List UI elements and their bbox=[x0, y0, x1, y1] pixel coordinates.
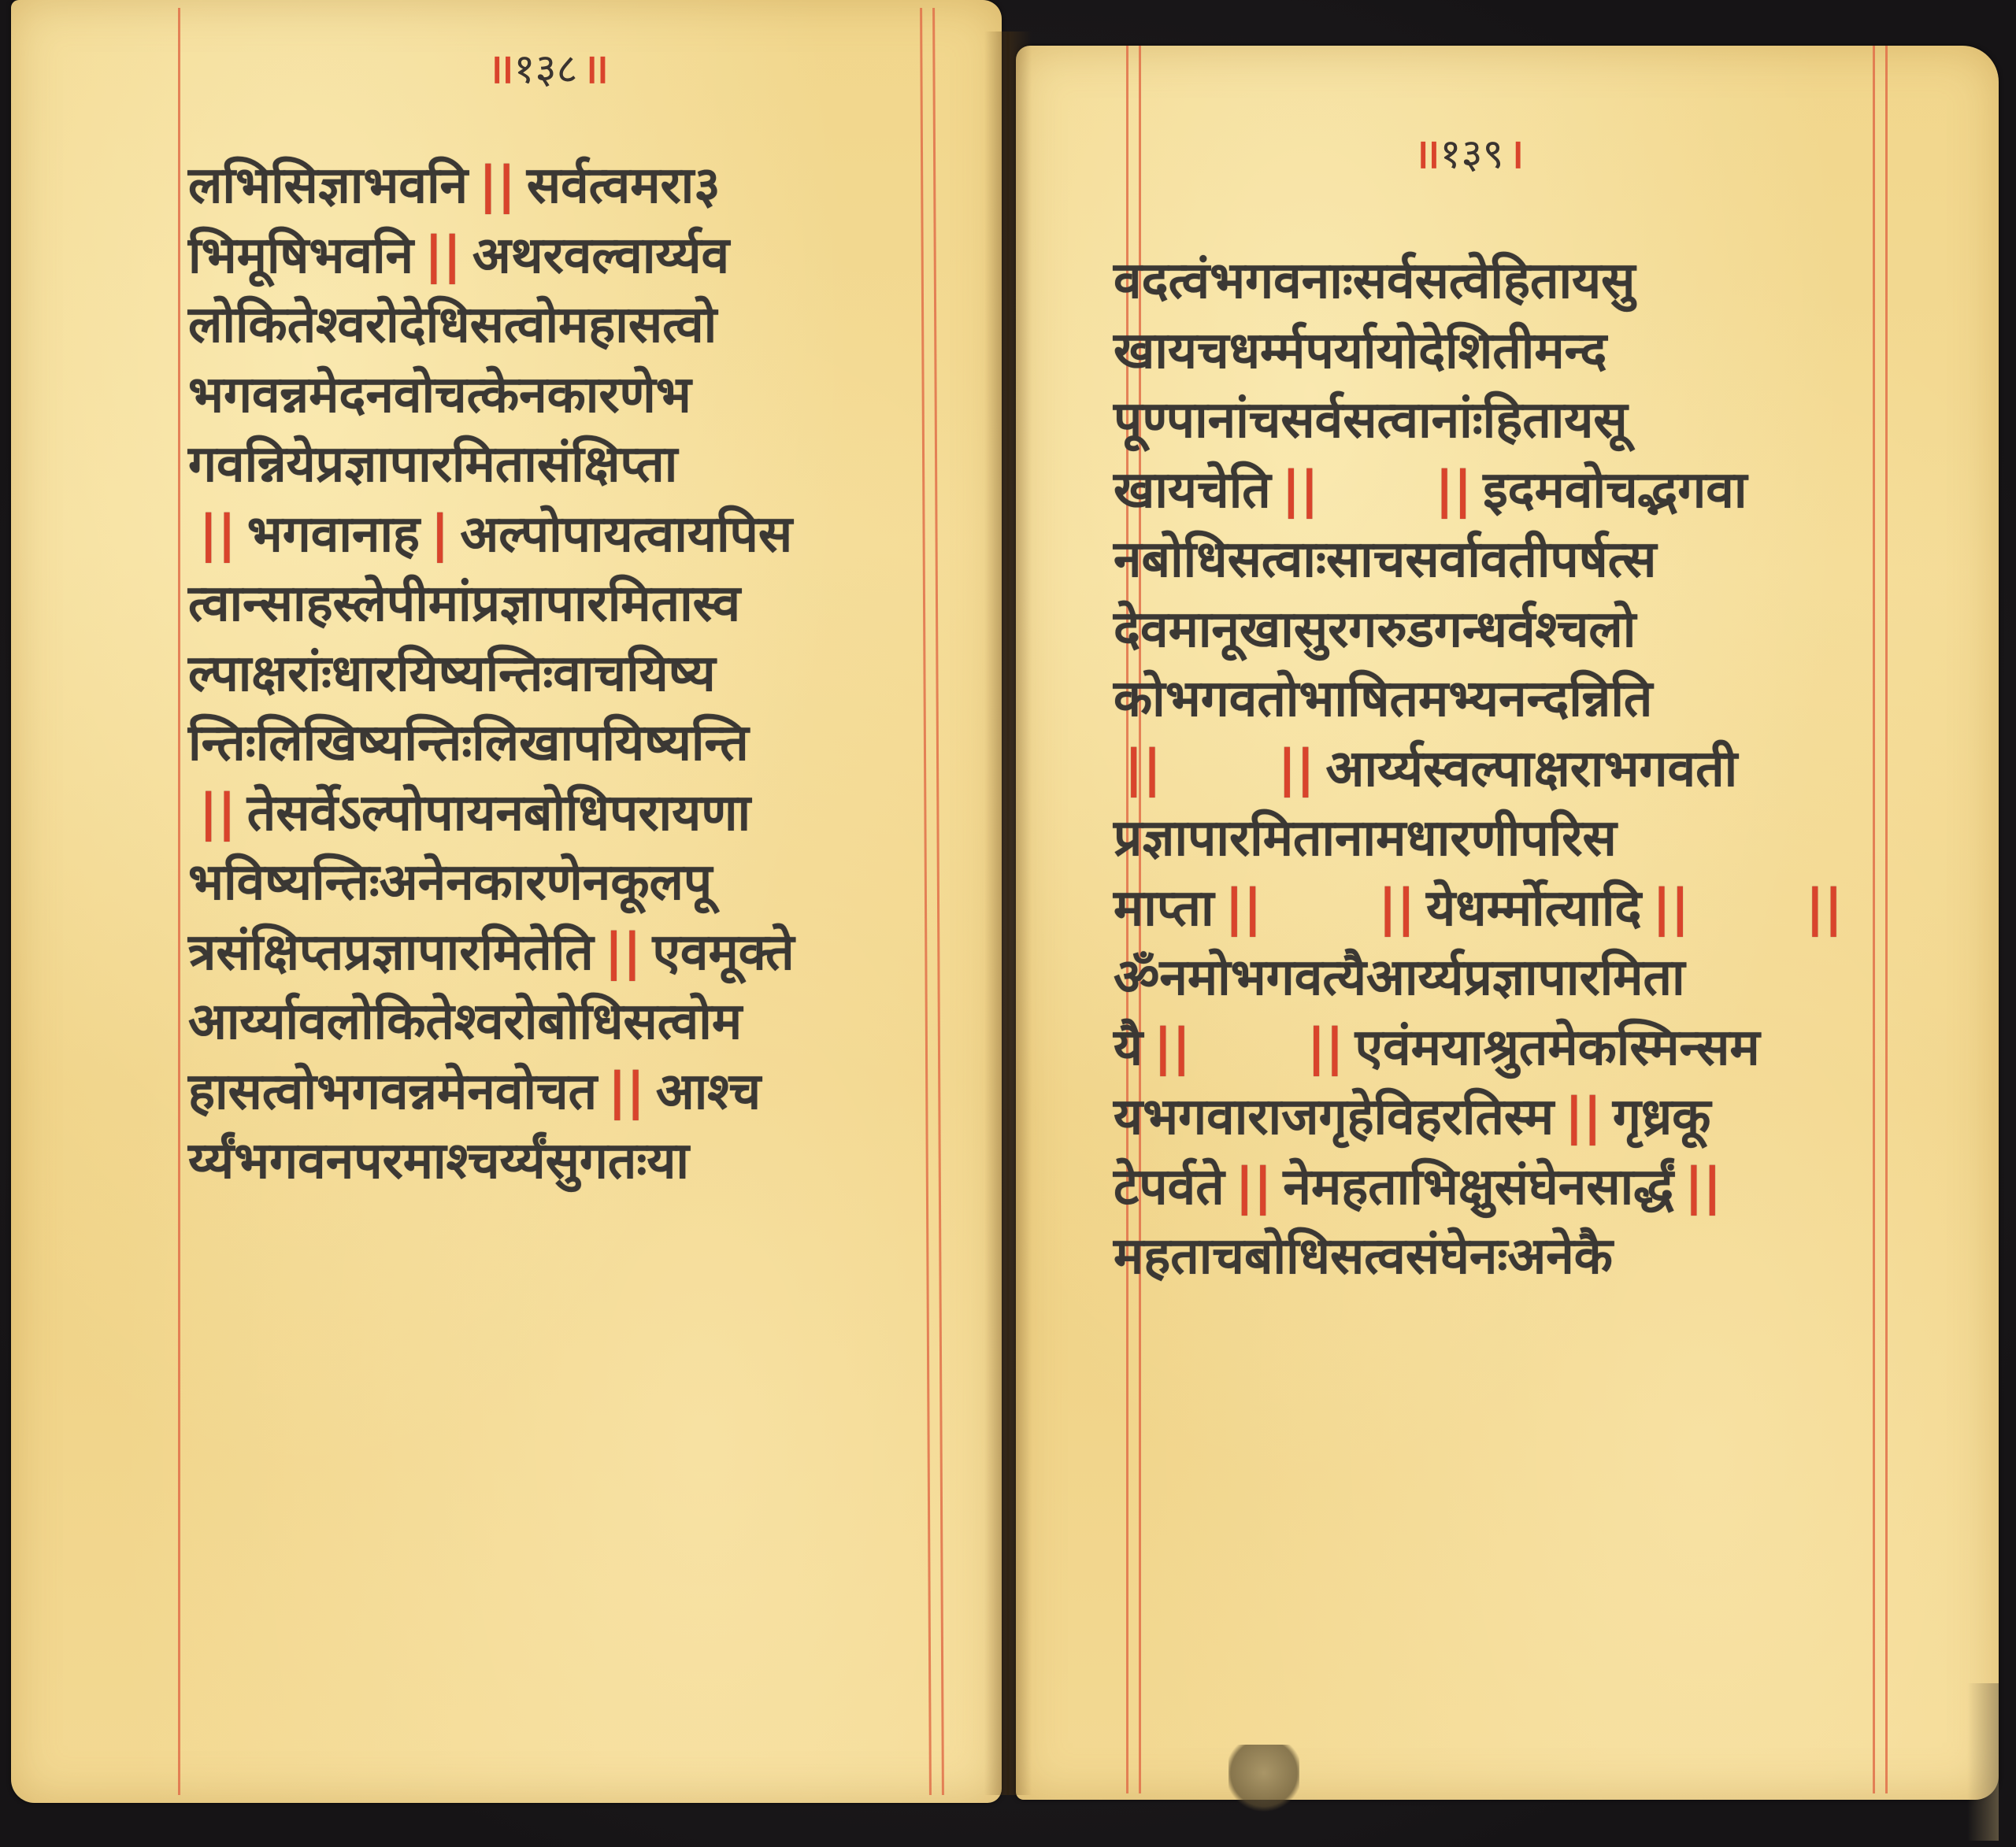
text-segment: एवमूक्ते bbox=[653, 918, 795, 988]
manuscript-line: ल्पाक्षरांःधारयिष्यन्तिःवाचयिष्य bbox=[188, 639, 944, 709]
manuscript-line: टेपर्वते||नेमहताभिक्षुसंघेनसार्द्धं|| bbox=[1114, 1153, 1870, 1223]
text-segment: आश्च bbox=[656, 1057, 761, 1127]
right-page: ।। १३९ । वदत्वंभगवनाःसर्वसत्वेहितायसुखाय… bbox=[1016, 46, 1999, 1800]
text-segment: ॐनमोभगवत्यैआर्य्यप्रज्ञापारमिता bbox=[1114, 943, 1685, 1013]
manuscript-line: र्य्यंभगवनपरमाश्चर्य्यंसुगतःया bbox=[188, 1127, 944, 1197]
manuscript-line: पूण्पानांचसर्वसत्वानांःहितायसू bbox=[1114, 386, 1870, 456]
manuscript-line: त्वान्साहस्लेपीमांप्रज्ञापारमितास्व bbox=[188, 569, 944, 639]
manuscript-line: नबोधिसत्वाःसाचसर्वावतीपर्षत्स bbox=[1114, 525, 1870, 595]
text-segment: यभगवाराजगृहेविहरतिस्म bbox=[1114, 1083, 1554, 1153]
danda-mark: । bbox=[1509, 124, 1520, 180]
page-number-left: ।। १३८ ।। bbox=[487, 39, 604, 95]
text-segment: ल्पाक्षरांःधारयिष्यन्तिःवाचयिष्य bbox=[188, 639, 716, 709]
text-segment: भविष्यन्तिःअनेनकारणेनकूलपू bbox=[188, 848, 712, 918]
manuscript-line: खायचधर्म्मपर्यायोदेशितीमन्द bbox=[1114, 316, 1870, 387]
left-margin-rule bbox=[178, 8, 180, 1795]
danda-mark: || bbox=[1278, 735, 1315, 805]
text-segment: तेसर्वेऽल्पोपायनबोधिपरायणा bbox=[247, 779, 750, 849]
text-segment: कोभगवतोभाषितमभ्यनन्दन्निति bbox=[1114, 664, 1652, 735]
text-segment: प्रज्ञापारमितानामधारणीपरिस bbox=[1114, 804, 1617, 874]
text-segment: न्तिःलिखिष्यन्तिःलिखापयिष्यन्ति bbox=[188, 709, 749, 779]
manuscript-line: यै||||एवंमयाश्रुतमेकस्मिन्सम bbox=[1114, 1013, 1870, 1083]
manuscript-line: खायचेति||||इदमवोचद्भगवा bbox=[1114, 456, 1870, 526]
manuscript-line: ||||आर्य्यस्वल्पाक्षराभगवती bbox=[1114, 735, 1870, 805]
danda-mark: || bbox=[1378, 874, 1415, 944]
danda-mark: || bbox=[1282, 456, 1319, 526]
manuscript-line: आर्य्यावलोकितेश्वरोबोधिसत्वोम bbox=[188, 987, 944, 1057]
text-segment: येधर्म्मोत्यादि bbox=[1426, 874, 1641, 944]
text-segment: सर्वत्वमरा३ bbox=[527, 151, 721, 221]
text-segment: वदत्वंभगवनाःसर्वसत्वेहितायसु bbox=[1114, 246, 1635, 316]
binding-threads bbox=[1228, 1745, 1299, 1816]
danda-mark: || bbox=[1436, 456, 1473, 526]
danda-mark: ।। bbox=[583, 39, 604, 95]
danda-mark: || bbox=[1236, 1153, 1273, 1223]
manuscript-line: न्तिःलिखिष्यन्तिःलिखापयिष्यन्ति bbox=[188, 709, 944, 779]
text-segment: यै bbox=[1114, 1013, 1143, 1083]
manuscript-line: गवन्नियेप्रज्ञापारमितासंक्षिप्ता bbox=[188, 430, 944, 500]
right-margin-rule-2 bbox=[1885, 46, 1888, 1793]
text-segment: त्वान्साहस्लेपीमांप्रज्ञापारमितास्व bbox=[188, 569, 740, 639]
text-segment: लभिसिज्ञाभवनि bbox=[188, 151, 468, 221]
folio-number: १३९ bbox=[1440, 124, 1503, 180]
text-segment: खायचधर्म्मपर्यायोदेशितीमन्द bbox=[1114, 316, 1606, 387]
text-segment: गवन्नियेप्रज्ञापारमितासंक्षिप्ता bbox=[188, 430, 677, 500]
text-segment: पूण्पानांचसर्वसत्वानांःहितायसू bbox=[1114, 386, 1628, 456]
danda-mark: || bbox=[1307, 1013, 1344, 1083]
manuscript-line: त्रसंक्षिप्तप्रज्ञापारमितेति||एवमूक्ते bbox=[188, 918, 944, 988]
text-segment: भिमूषिभवनि bbox=[188, 221, 413, 291]
danda-mark: || bbox=[608, 1057, 645, 1127]
danda-mark: || bbox=[605, 918, 642, 988]
manuscript-line: यभगवाराजगृहेविहरतिस्म||गृध्रकू bbox=[1114, 1083, 1870, 1153]
danda-mark: || bbox=[1125, 735, 1162, 805]
manuscript-line: लोकितेश्वरोदेधिसत्वोमहासत्वो bbox=[188, 291, 944, 361]
manuscript-line: भविष्यन्तिःअनेनकारणेनकूलपू bbox=[188, 848, 944, 918]
danda-mark: || bbox=[479, 151, 516, 221]
text-segment: भगवानाह bbox=[247, 500, 420, 570]
manuscript-line: महताचबोधिसत्वसंघेनःअनेकै bbox=[1114, 1222, 1870, 1292]
text-segment: नबोधिसत्वाःसाचसर्वावतीपर्षत्स bbox=[1114, 525, 1656, 595]
danda-mark: || bbox=[199, 779, 236, 849]
manuscript-line: ||तेसर्वेऽल्पोपायनबोधिपरायणा bbox=[188, 779, 944, 849]
danda-mark: || bbox=[1225, 874, 1262, 944]
manuscript-line: देवमानूखासुरगरुडगन्धर्वश्चलो bbox=[1114, 595, 1870, 665]
danda-mark: || bbox=[424, 221, 461, 291]
text-segment: अल्पोपायत्वायपिस bbox=[460, 500, 792, 570]
right-text-block: वदत्वंभगवनाःसर्वसत्वेहितायसुखायचधर्म्मपर… bbox=[1114, 246, 1870, 1292]
manuscript-line: प्रज्ञापारमितानामधारणीपरिस bbox=[1114, 804, 1870, 874]
left-text-block: लभिसिज्ञाभवनि||सर्वत्वमरा३भिमूषिभवनि||अथ… bbox=[188, 151, 944, 1197]
text-segment: माप्ता bbox=[1114, 874, 1214, 944]
text-segment: आर्य्यस्वल्पाक्षराभगवती bbox=[1326, 735, 1738, 805]
text-segment: अथरवल्वार्य्यव bbox=[472, 221, 729, 291]
manuscript-line: हासत्वोभगवन्नमेनवोचत||आश्च bbox=[188, 1057, 944, 1127]
manuscript-line: कोभगवतोभाषितमभ्यनन्दन्निति bbox=[1114, 664, 1870, 735]
danda-mark: | bbox=[431, 500, 449, 570]
text-segment: टेपर्वते bbox=[1114, 1153, 1225, 1223]
danda-mark: || bbox=[1806, 874, 1843, 944]
text-segment: र्य्यंभगवनपरमाश्चर्य्यंसुगतःया bbox=[188, 1127, 689, 1197]
text-segment: देवमानूखासुरगरुडगन्धर्वश्चलो bbox=[1114, 595, 1636, 665]
right-margin-rule-1 bbox=[1873, 46, 1875, 1793]
manuscript-line: भगवन्नमेदनवोचत्केनकारणेभ bbox=[188, 361, 944, 431]
text-segment: भगवन्नमेदनवोचत्केनकारणेभ bbox=[188, 361, 691, 431]
text-segment: आर्य्यावलोकितेश्वरोबोधिसत्वोम bbox=[188, 987, 742, 1057]
text-segment: इदमवोचद्भगवा bbox=[1483, 456, 1747, 526]
text-segment: हासत्वोभगवन्नमेनवोचत bbox=[188, 1057, 597, 1127]
text-segment: गृध्रकू bbox=[1613, 1083, 1711, 1153]
danda-mark: || bbox=[1565, 1083, 1602, 1153]
folio-number: १३८ bbox=[513, 39, 577, 95]
book-spine bbox=[984, 31, 1032, 1795]
manuscript-line: ॐनमोभगवत्यैआर्य्यप्रज्ञापारमिता bbox=[1114, 943, 1870, 1013]
left-page: ।। १३८ ।। लभिसिज्ञाभवनि||सर्वत्वमरा३भिमू… bbox=[11, 0, 1002, 1803]
text-segment: महताचबोधिसत्वसंघेनःअनेकै bbox=[1114, 1222, 1613, 1292]
page-edge-wear bbox=[1967, 1683, 1999, 1841]
text-segment: खायचेति bbox=[1114, 456, 1271, 526]
text-segment: त्रसंक्षिप्तप्रज्ञापारमितेति bbox=[188, 918, 594, 988]
danda-mark: ।। bbox=[1414, 124, 1435, 180]
danda-mark: || bbox=[1684, 1153, 1721, 1223]
danda-mark: || bbox=[199, 500, 236, 570]
manuscript-line: वदत्वंभगवनाःसर्वसत्वेहितायसु bbox=[1114, 246, 1870, 316]
manuscript-line: भिमूषिभवनि||अथरवल्वार्य्यव bbox=[188, 221, 944, 291]
text-segment: नेमहताभिक्षुसंघेनसार्द्धं bbox=[1283, 1153, 1673, 1223]
danda-mark: ।। bbox=[487, 39, 509, 95]
manuscript-line: लभिसिज्ञाभवनि||सर्वत्वमरा३ bbox=[188, 151, 944, 221]
manuscript-line: माप्ता||||येधर्म्मोत्यादि|||| bbox=[1114, 874, 1870, 944]
page-number-right: ।। १३९ । bbox=[1414, 124, 1519, 180]
text-segment: एवंमयाश्रुतमेकस्मिन्सम bbox=[1355, 1013, 1760, 1083]
danda-mark: || bbox=[1154, 1013, 1191, 1083]
danda-mark: || bbox=[1652, 874, 1689, 944]
text-segment: लोकितेश्वरोदेधिसत्वोमहासत्वो bbox=[188, 291, 717, 361]
manuscript-line: ||भगवानाह|अल्पोपायत्वायपिस bbox=[188, 500, 944, 570]
